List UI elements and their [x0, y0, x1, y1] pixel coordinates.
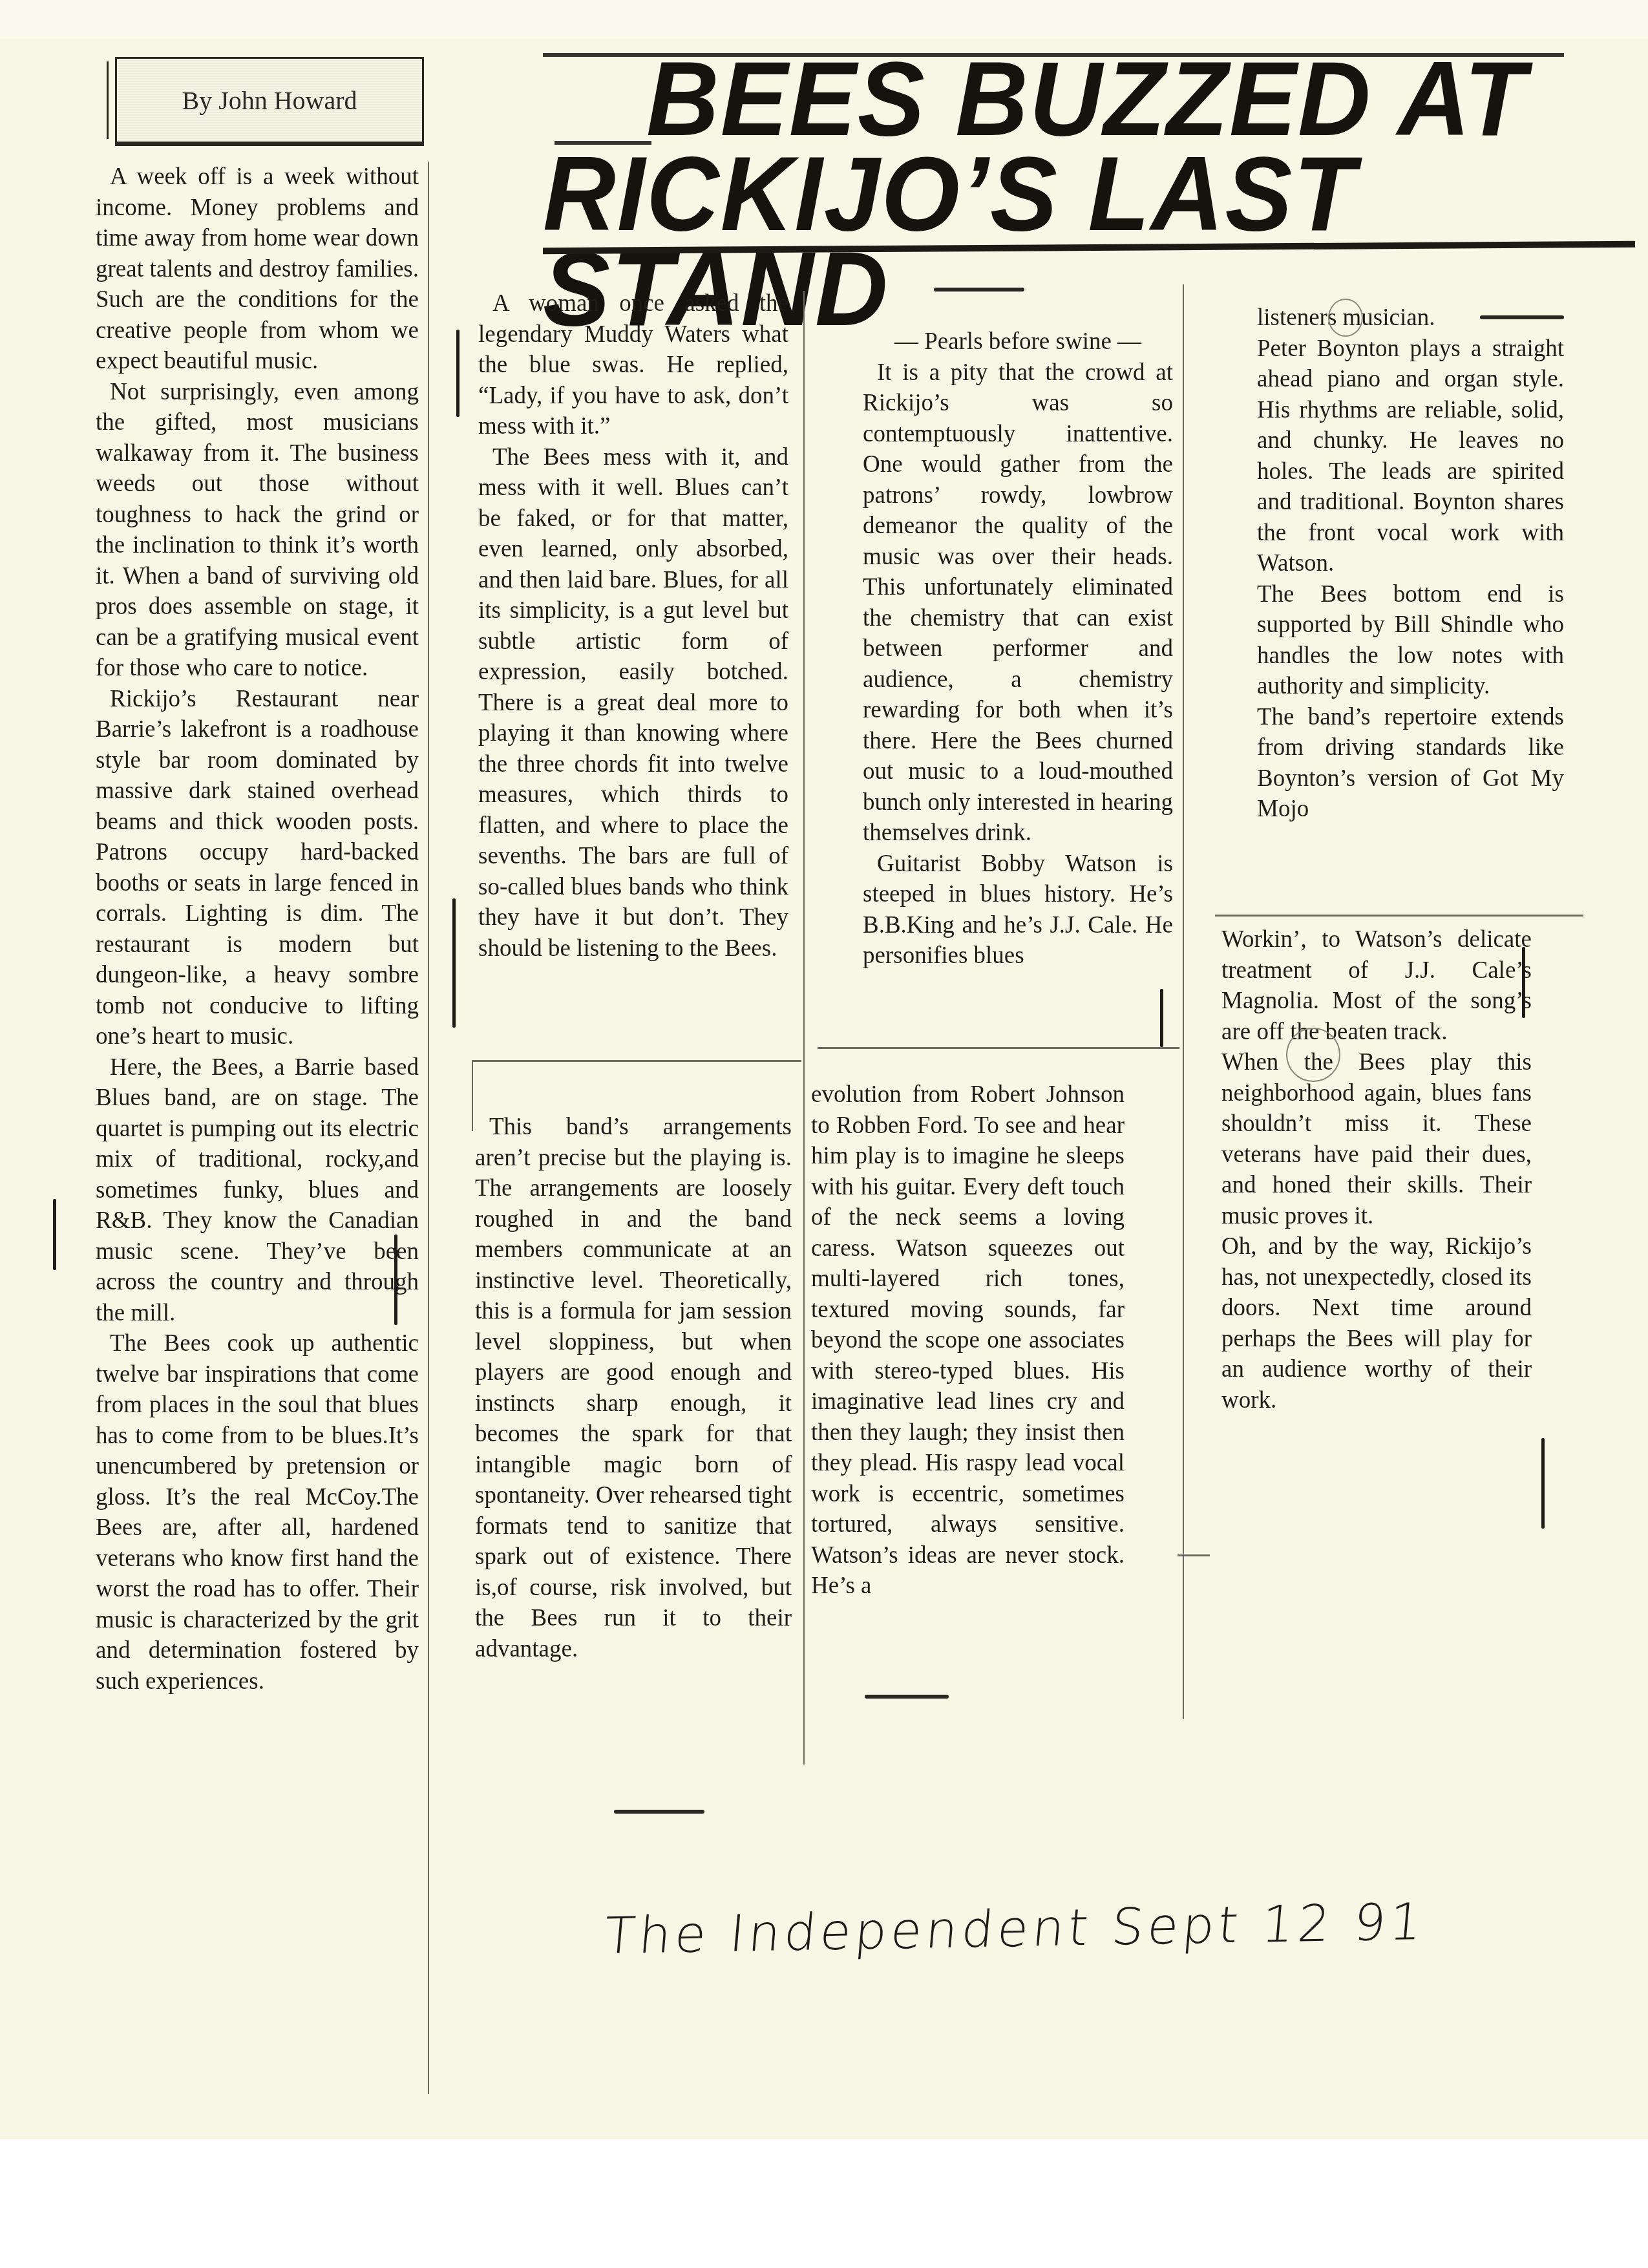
- scan-margin: [0, 2139, 1648, 2268]
- paste-up-mark: [53, 1199, 56, 1270]
- section-rule: [934, 288, 1024, 291]
- paragraph: Not surprisingly, even among the gifted,…: [96, 377, 419, 684]
- paragraph: Here, the Bees, a Barrie based Blues ban…: [96, 1052, 419, 1329]
- byline: By John Howard: [115, 57, 424, 146]
- pen-circle-mark: [1328, 299, 1363, 337]
- paste-up-mark: [452, 898, 456, 1028]
- paragraph: Guitarist Bobby Watson is steeped in blu…: [863, 849, 1173, 971]
- paste-up-mark: [456, 330, 460, 417]
- end-rule: [1178, 1554, 1210, 1556]
- paragraph: The Bees cook up authentic twelve bar in…: [96, 1328, 419, 1697]
- column-divider: [803, 291, 805, 1765]
- end-rule: [865, 1695, 949, 1699]
- paste-up-mark: [1522, 947, 1525, 1018]
- paragraph: evolution from Robert Johnson to Robben …: [811, 1079, 1125, 1602]
- paste-up-mark: [1160, 989, 1163, 1047]
- paragraph: The Bees bottom end is supported by Bill…: [1257, 579, 1564, 702]
- article-column-4-bottom: Workin’, to Watson’s delicate treatment …: [1221, 924, 1532, 1415]
- byline-text: By John Howard: [182, 85, 357, 116]
- paragraph: The Bees mess with it, and mess with it …: [478, 442, 788, 964]
- paragraph: Rickijo’s Restaurant near Barrie’s lakef…: [96, 684, 419, 1052]
- article-column-2-bottom: This band’s arrangements aren’t precise …: [475, 1112, 792, 1664]
- clipping-edge: [472, 1060, 801, 1062]
- paragraph: A woman once asked the legendary Muddy W…: [478, 288, 788, 442]
- paste-up-rule: [107, 61, 109, 139]
- end-rule: [614, 1810, 704, 1814]
- paragraph: It is a pity that the crowd at Rickijo’s…: [863, 357, 1173, 849]
- subhead: — Pearls before swine —: [863, 326, 1173, 357]
- column-divider: [428, 162, 429, 2094]
- paragraph: Oh, and by the way, Rickijo’s has, not u…: [1221, 1231, 1532, 1415]
- clipping-edge: [818, 1047, 1179, 1049]
- paragraph: This band’s arrangements aren’t precise …: [475, 1112, 792, 1664]
- paste-up-mark: [394, 1235, 397, 1325]
- paragraph: The band’s repertoire extends from drivi…: [1257, 702, 1564, 825]
- clipping-edge: [1215, 915, 1583, 917]
- article-column-1: A week off is a week without income. Mon…: [96, 162, 419, 1697]
- paragraph: When the Bees play this neighborhood aga…: [1221, 1047, 1532, 1231]
- article-column-3-top: — Pearls before swine — It is a pity tha…: [863, 326, 1173, 971]
- clipping-edge: [472, 1060, 473, 1131]
- paste-up-mark: [1541, 1438, 1545, 1529]
- article-column-4-top: listeners musician. Peter Boynton plays …: [1257, 302, 1564, 825]
- paragraph: listeners musician.: [1257, 302, 1564, 334]
- article-column-3-bottom: evolution from Robert Johnson to Robben …: [811, 1079, 1125, 1602]
- pen-circle-mark: [1286, 1028, 1340, 1082]
- article-column-2-top: A woman once asked the legendary Muddy W…: [478, 288, 788, 964]
- paragraph: A week off is a week without income. Mon…: [96, 162, 419, 377]
- paragraph: Peter Boynton plays a straight ahead pia…: [1257, 334, 1564, 579]
- headline-line-1: BEES BUZZED AT: [543, 52, 1616, 147]
- column-divider: [1183, 284, 1184, 1719]
- paragraph: Workin’, to Watson’s delicate treatment …: [1221, 924, 1532, 1047]
